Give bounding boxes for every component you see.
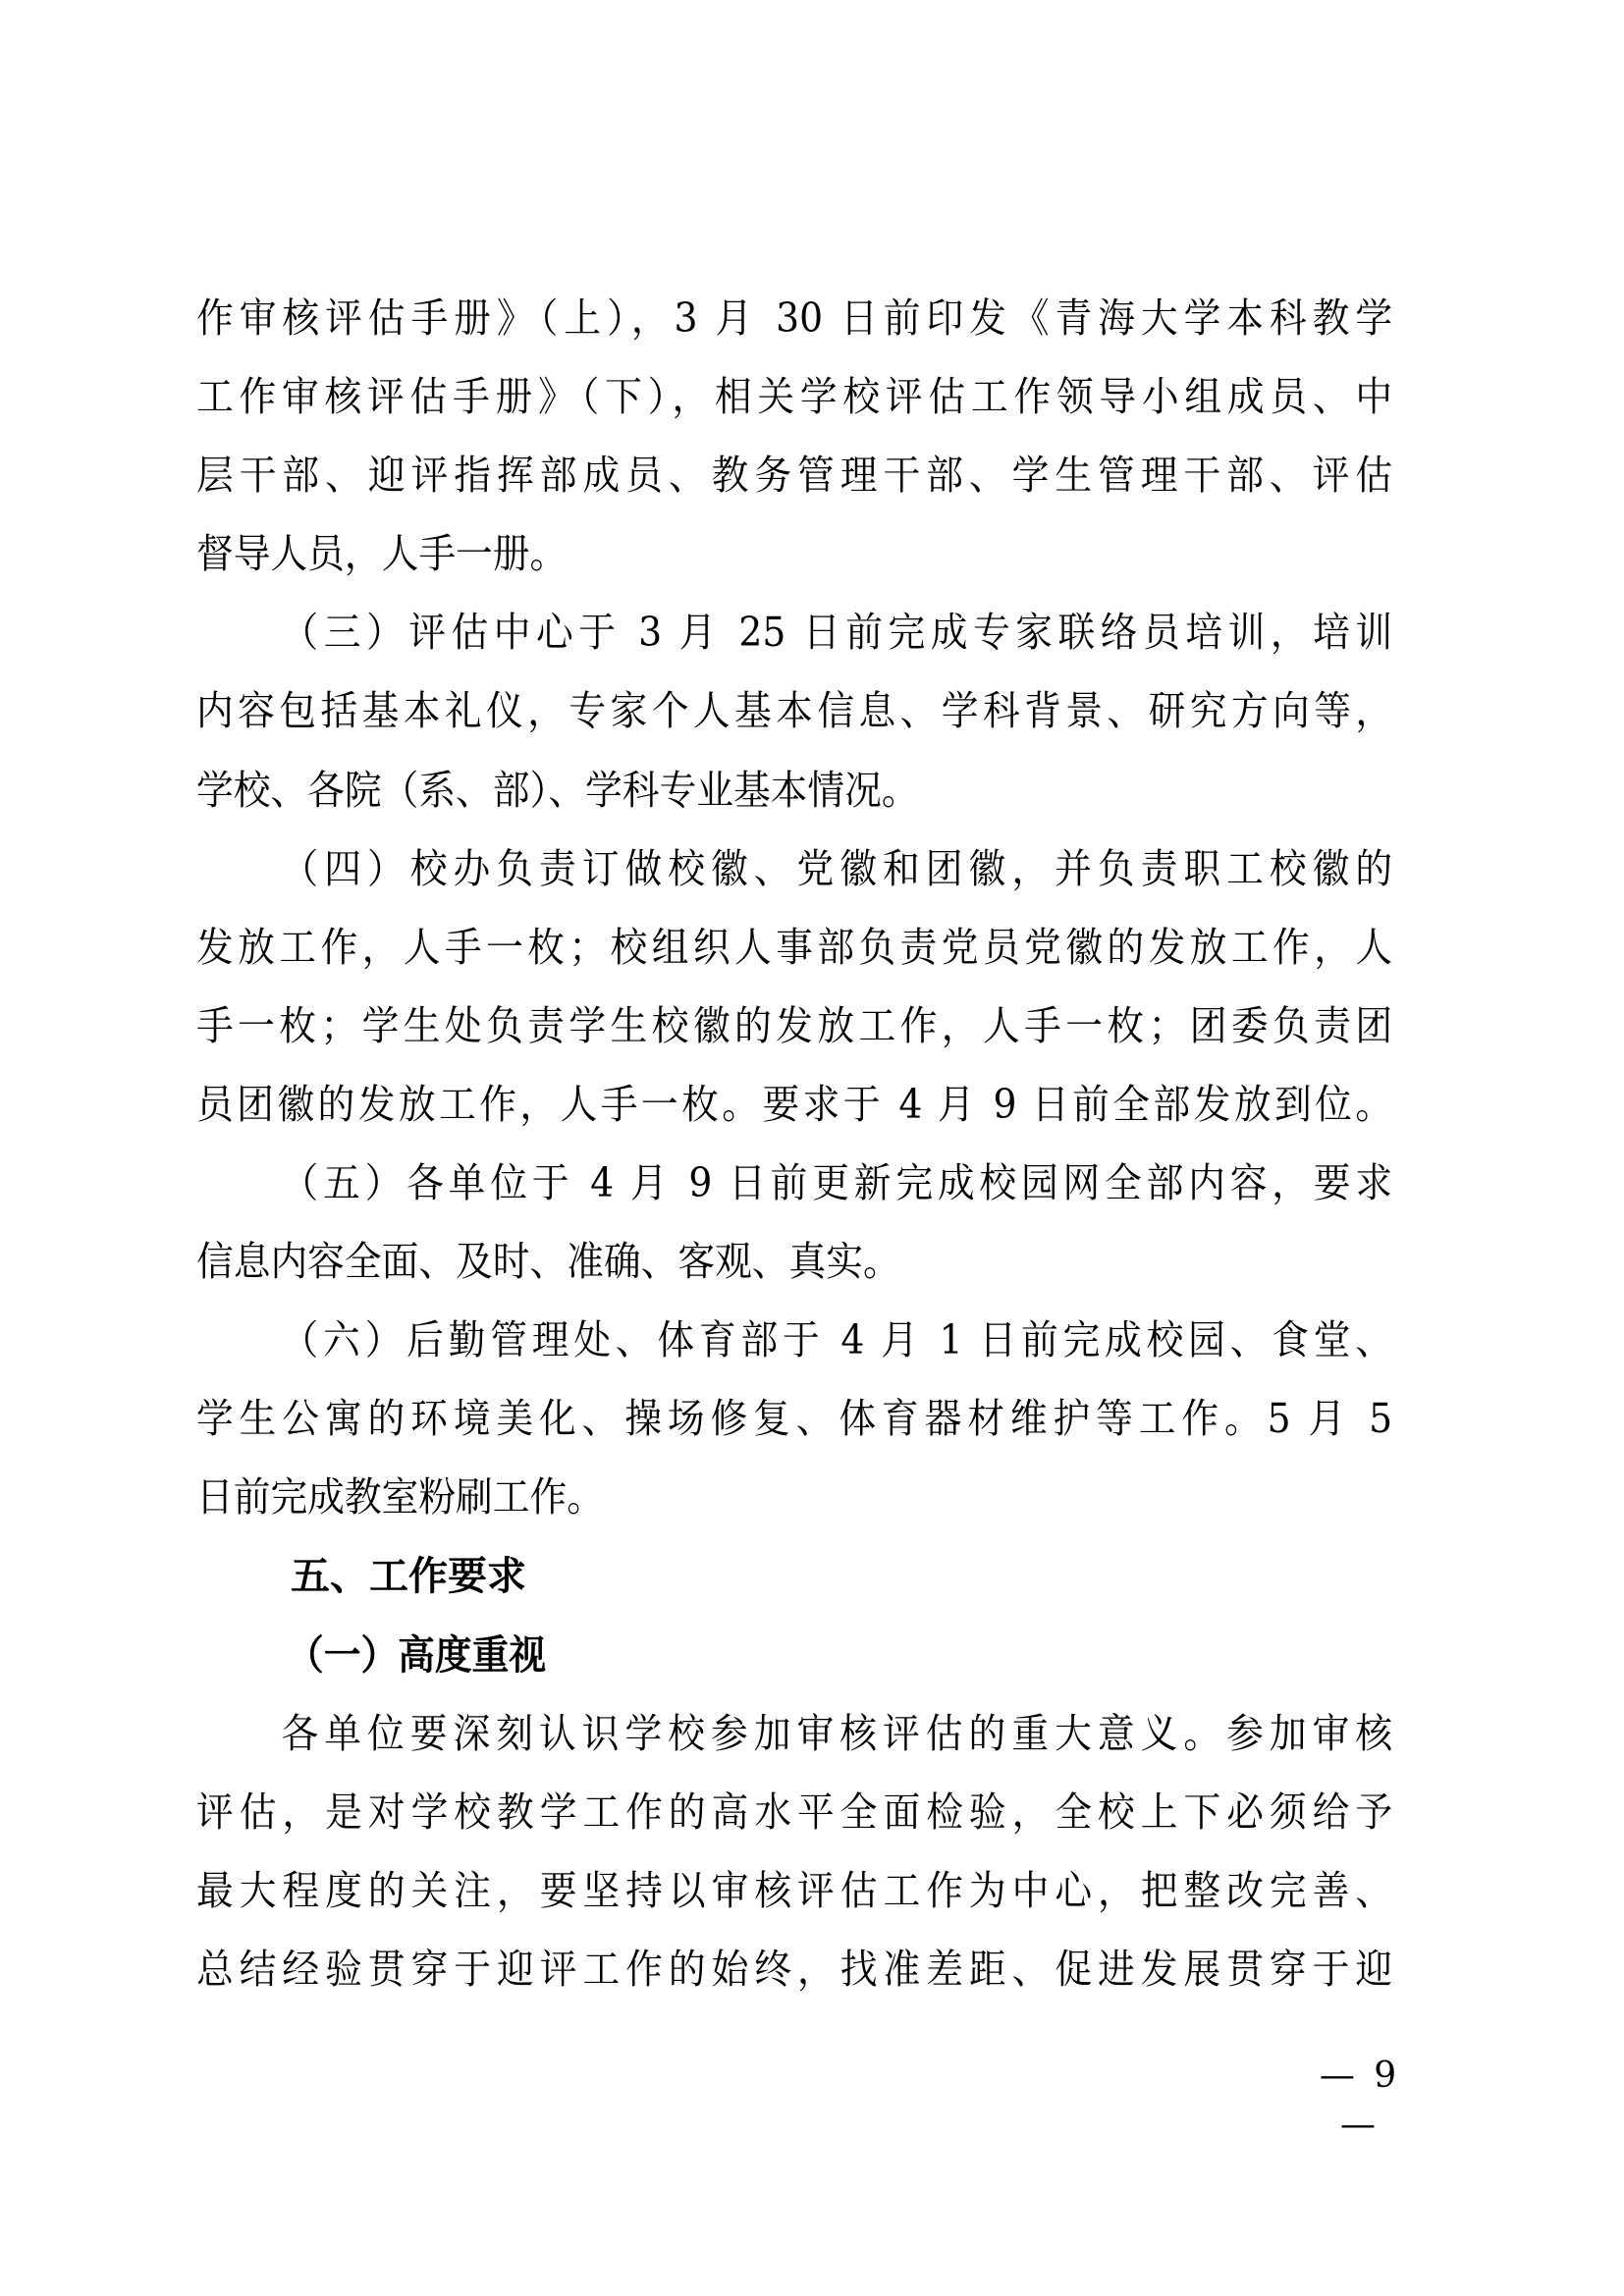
text-line: 层干部、迎评指挥部成员、教务管理干部、学生管理干部、评估 xyxy=(196,436,1392,514)
text-line: 作审核评估手册》（上），3 月 30 日前印发《青海大学本科教学 xyxy=(196,279,1392,357)
paragraph-item-6-campus-maintenance: （六）后勤管理处、体育部于 4 月 1 日前完成校园、食堂、 学生公寓的环境美化… xyxy=(196,1301,1392,1536)
text-line: （六）后勤管理处、体育部于 4 月 1 日前完成校园、食堂、 xyxy=(196,1301,1392,1379)
section-heading-work-requirements: 五、工作要求 xyxy=(196,1537,1392,1616)
text-line: 员团徽的发放工作，人手一枚。要求于 4 月 9 日前全部发放到位。 xyxy=(196,1065,1392,1144)
text-line: 评估，是对学校教学工作的高水平全面检验，全校上下必须给予 xyxy=(196,1773,1392,1851)
text-line: 日前完成教室粉刷工作。 xyxy=(196,1458,1392,1536)
text-line: 学生公寓的环境美化、操场修复、体育器材维护等工作。5 月 5 xyxy=(196,1379,1392,1458)
text-line: 手一枚；学生处负责学生校徽的发放工作，人手一枚；团委负责团 xyxy=(196,987,1392,1065)
paragraph-handbook-distribution: 作审核评估手册》（上），3 月 30 日前印发《青海大学本科教学 工作审核评估手… xyxy=(196,279,1392,593)
text-line: 学校、各院（系、部）、学科专业基本情况。 xyxy=(196,751,1392,829)
text-line: 工作审核评估手册》（下），相关学校评估工作领导小组成员、中 xyxy=(196,357,1392,436)
text-line: 总结经验贯穿于迎评工作的始终，找准差距、促进发展贯穿于迎 xyxy=(196,1930,1392,2008)
text-line: 各单位要深刻认识学校参加审核评估的重大意义。参加审核 xyxy=(196,1694,1392,1773)
paragraph-item-5-website-update: （五）各单位于 4 月 9 日前更新完成校园网全部内容，要求 信息内容全面、及时… xyxy=(196,1144,1392,1301)
text-line: （三）评估中心于 3 月 25 日前完成专家联络员培训，培训 xyxy=(196,593,1392,671)
page-number: — 9 — xyxy=(1306,2052,1414,2101)
document-page: 作审核评估手册》（上），3 月 30 日前印发《青海大学本科教学 工作审核评估手… xyxy=(0,0,1624,2296)
subsection-heading-high-attention: （一）高度重视 xyxy=(196,1616,1483,1694)
paragraph-item-3-liaison-training: （三）评估中心于 3 月 25 日前完成专家联络员培训，培训 内容包括基本礼仪，… xyxy=(196,593,1392,828)
text-line: 内容包括基本礼仪，专家个人基本信息、学科背景、研究方向等， xyxy=(196,671,1392,750)
text-line: （四）校办负责订做校徽、党徽和团徽，并负责职工校徽的 xyxy=(196,829,1392,908)
text-line: （五）各单位于 4 月 9 日前更新完成校园网全部内容，要求 xyxy=(196,1144,1392,1222)
paragraph-item-4-badges: （四）校办负责订做校徽、党徽和团徽，并负责职工校徽的 发放工作，人手一枚；校组织… xyxy=(196,829,1392,1144)
text-line: 发放工作，人手一枚；校组织人事部负责党员党徽的发放工作，人 xyxy=(196,908,1392,987)
text-line: 最大程度的关注，要坚持以审核评估工作为中心，把整改完善、 xyxy=(196,1851,1392,1930)
paragraph-high-attention-body: 各单位要深刻认识学校参加审核评估的重大意义。参加审核 评估，是对学校教学工作的高… xyxy=(196,1694,1392,2008)
text-line: 督导人员，人手一册。 xyxy=(196,514,1392,593)
document-body: 作审核评估手册》（上），3 月 30 日前印发《青海大学本科教学 工作审核评估手… xyxy=(196,279,1392,2008)
text-line: 信息内容全面、及时、准确、客观、真实。 xyxy=(196,1222,1392,1301)
